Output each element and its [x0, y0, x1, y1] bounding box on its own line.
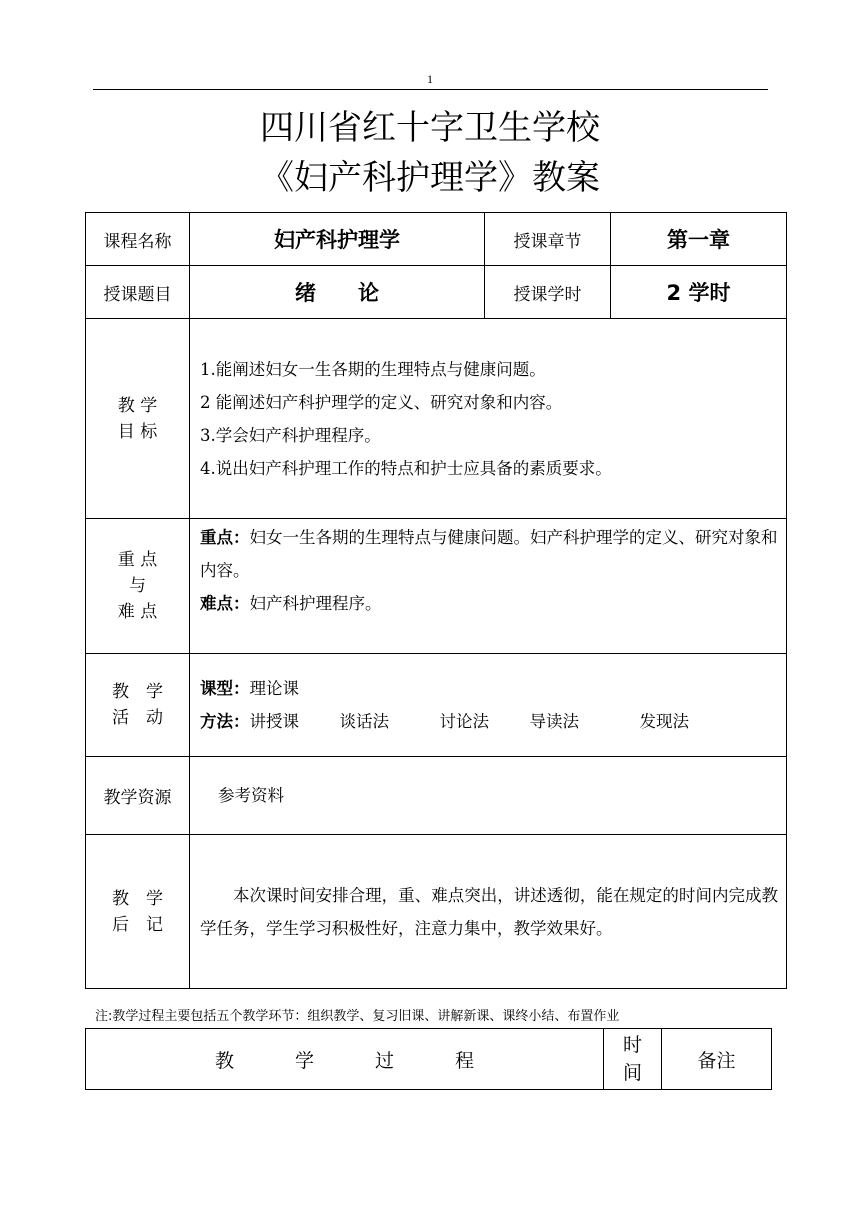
time-header-line2: 间: [604, 1059, 661, 1087]
key-point-label: 重点：: [200, 528, 250, 547]
lesson-type-value: 理论课: [250, 679, 300, 698]
method-item: 导读法: [530, 705, 640, 738]
difficult-point: 难点：妇产科护理程序。: [200, 587, 778, 620]
process-header: 教学过程: [86, 1029, 604, 1090]
methods-label: 方法：: [200, 712, 250, 731]
difficult-point-label: 难点：: [200, 594, 250, 613]
key-point: 重点：妇女一生各期的生理特点与健康问题。妇产科护理学的定义、研究对象和内容。: [200, 521, 778, 587]
method-item: 发现法: [640, 705, 690, 738]
key-points-label: 重 点 与 难 点: [86, 519, 190, 654]
header-divider: [93, 89, 768, 90]
topic-label: 授课题目: [86, 266, 190, 319]
method-item: 讲授课: [250, 705, 340, 738]
time-header-line1: 时: [604, 1031, 661, 1059]
remark-header: 备注: [662, 1029, 772, 1090]
activities-label: 教 学 活 动: [86, 654, 190, 757]
topic-value: 绪 论: [190, 266, 485, 319]
activities-content: 课型：理论课 方法：讲授课谈话法讨论法导读法发现法: [190, 654, 787, 757]
lesson-type-label: 课型：: [200, 679, 250, 698]
activities-label-line1: 教 学: [86, 679, 189, 705]
reflection-label-line2: 后 记: [86, 912, 189, 938]
activities-label-line2: 活 动: [86, 705, 189, 731]
process-char: 程: [425, 1046, 505, 1073]
teaching-process-table: 教学过程 时 间 备注: [85, 1028, 772, 1090]
process-note: 注:教学过程主要包括五个教学环节：组织教学、复习旧课、讲解新课、课终小结、布置作…: [95, 1005, 619, 1024]
objective-item: 4.说出妇产科护理工作的特点和护士应具备的素质要求。: [200, 452, 778, 485]
reflection-text: 本次课时间安排合理，重、难点突出，讲述透彻，能在规定的时间内完成教学任务，学生学…: [200, 879, 778, 945]
course-name-label: 课程名称: [86, 213, 190, 266]
resources-content: 参考资料: [190, 757, 787, 835]
objective-item: 1.能阐述妇女一生各期的生理特点与健康问题。: [200, 353, 778, 386]
hours-value: 2 学时: [611, 266, 787, 319]
key-points-label-line3: 难 点: [86, 599, 189, 625]
process-char: 过: [345, 1046, 425, 1073]
teaching-methods: 方法：讲授课谈话法讨论法导读法发现法: [200, 705, 778, 738]
resources-label: 教学资源: [86, 757, 190, 835]
chapter-value: 第一章: [611, 213, 787, 266]
hours-label: 授课学时: [485, 266, 611, 319]
lesson-type: 课型：理论课: [200, 672, 778, 705]
course-name-value: 妇产科护理学: [190, 213, 485, 266]
reflection-label-line1: 教 学: [86, 886, 189, 912]
objectives-label: 教 学 目 标: [86, 319, 190, 519]
key-points-content: 重点：妇女一生各期的生理特点与健康问题。妇产科护理学的定义、研究对象和内容。 难…: [190, 519, 787, 654]
chapter-label: 授课章节: [485, 213, 611, 266]
process-char: 教: [185, 1046, 265, 1073]
key-point-text: 妇女一生各期的生理特点与健康问题。妇产科护理学的定义、研究对象和内容。: [200, 528, 778, 580]
objectives-label-line1: 教 学: [86, 393, 189, 419]
objectives-label-line2: 目 标: [86, 419, 189, 445]
key-points-label-line1: 重 点: [86, 547, 189, 573]
objective-item: 2 能阐述妇产科护理学的定义、研究对象和内容。: [200, 386, 778, 419]
method-item: 谈话法: [340, 705, 440, 738]
key-points-label-line2: 与: [86, 573, 189, 599]
page-number: 1: [0, 72, 860, 87]
resources-value: 参考资料: [218, 786, 284, 805]
objective-item: 3.学会妇产科护理程序。: [200, 419, 778, 452]
reflection-content: 本次课时间安排合理，重、难点突出，讲述透彻，能在规定的时间内完成教学任务，学生学…: [190, 835, 787, 989]
lesson-plan-table: 课程名称 妇产科护理学 授课章节 第一章 授课题目 绪 论 授课学时 2 学时 …: [85, 212, 787, 989]
objectives-content: 1.能阐述妇女一生各期的生理特点与健康问题。 2 能阐述妇产科护理学的定义、研究…: [190, 319, 787, 519]
process-char: 学: [265, 1046, 345, 1073]
time-header: 时 间: [604, 1029, 662, 1090]
document-title: 《妇产科护理学》教案: [0, 150, 860, 199]
difficult-point-text: 妇产科护理程序。: [250, 594, 382, 613]
reflection-label: 教 学 后 记: [86, 835, 190, 989]
method-item: 讨论法: [440, 705, 530, 738]
school-title: 四川省红十字卫生学校: [0, 100, 860, 149]
